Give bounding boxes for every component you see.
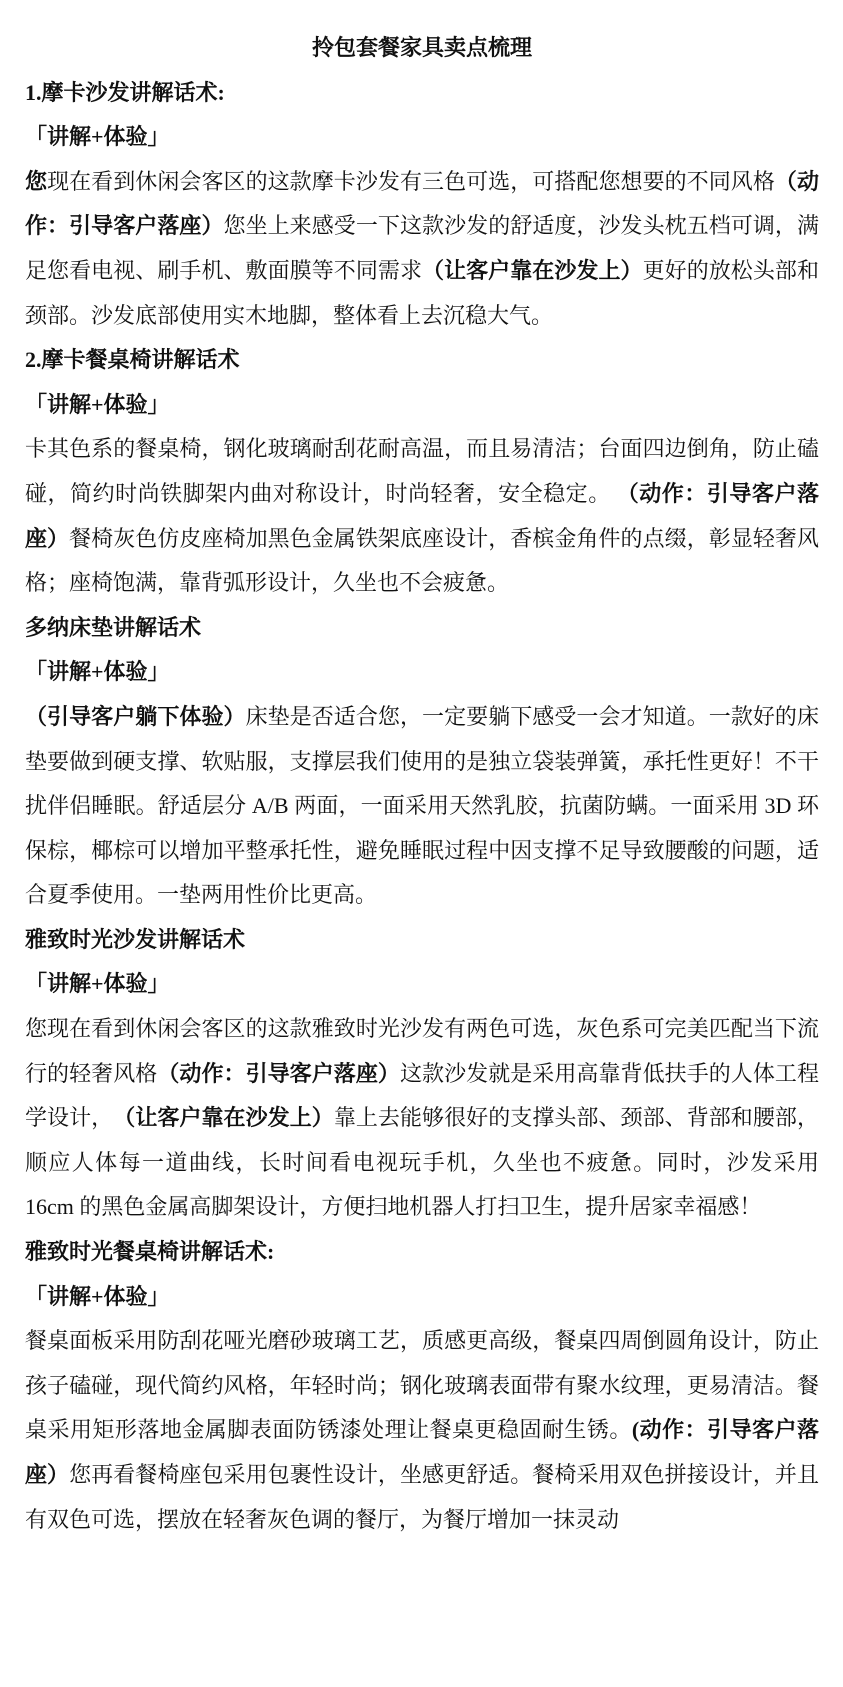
text-run: 1.摩卡沙发讲解话术: <box>25 80 225 105</box>
text-run: 「讲解+体验」 <box>25 1284 170 1309</box>
subheading: 「讲解+体验」 <box>25 383 819 428</box>
subheading: 「讲解+体验」 <box>25 650 819 695</box>
text-run: 餐椅灰色仿皮座椅加黑色金属铁架底座设计，香槟金角件的点缀，彰显轻奢风格；座椅饱满… <box>25 526 819 596</box>
paragraph: 卡其色系的餐桌椅，钢化玻璃耐刮花耐高温，而且易清洁；台面四边倒角，防止磕碰，简约… <box>25 427 819 605</box>
text-run: 您再看餐椅座包采用包裹性设计，坐感更舒适。餐椅采用双色拼接设计，并且有双色可选，… <box>25 1462 819 1532</box>
text-run: 床垫是否适合您，一定要躺下感受一会才知道。一款好的床垫要做到硬支撑、软贴服，支撑… <box>25 704 819 907</box>
text-run: 多纳床垫讲解话术 <box>25 615 201 640</box>
heading: 雅致时光餐桌椅讲解话术: <box>25 1230 819 1275</box>
text-run: 2.摩卡餐桌椅讲解话术 <box>25 347 240 372</box>
subheading: 「讲解+体验」 <box>25 1275 819 1320</box>
text-run: 「讲解+体验」 <box>25 392 170 417</box>
subheading: 「讲解+体验」 <box>25 962 819 1007</box>
document-title: 拎包套餐家具卖点梳理 <box>25 26 819 71</box>
document-page: 拎包套餐家具卖点梳理 1.摩卡沙发讲解话术:「讲解+体验」您现在看到休闲会客区的… <box>0 0 843 1687</box>
text-run: 「讲解+体验」 <box>25 124 170 149</box>
heading: 多纳床垫讲解话术 <box>25 606 819 651</box>
text-run: （让客户靠在沙发上） <box>422 258 643 283</box>
document-body: 1.摩卡沙发讲解话术:「讲解+体验」您现在看到休闲会客区的这款摩卡沙发有三色可选… <box>25 71 819 1543</box>
text-run: （让客户靠在沙发上） <box>124 1105 334 1130</box>
text-run: 「讲解+体验」 <box>25 659 170 684</box>
paragraph: 您现在看到休闲会客区的这款摩卡沙发有三色可选，可搭配您想要的不同风格（动作：引导… <box>25 160 819 338</box>
paragraph: 餐桌面板采用防刮花哑光磨砂玻璃工艺，质感更高级，餐桌四周倒圆角设计，防止孩子磕碰… <box>25 1319 819 1542</box>
heading: 雅致时光沙发讲解话术 <box>25 918 819 963</box>
heading: 2.摩卡餐桌椅讲解话术 <box>25 338 819 383</box>
text-run: 现在看到休闲会客区的这款摩卡沙发有三色可选，可搭配您想要的不同风格 <box>47 169 775 194</box>
text-run: （引导客户躺下体验） <box>25 704 246 729</box>
text-run: 您 <box>25 169 47 194</box>
paragraph: （引导客户躺下体验）床垫是否适合您，一定要躺下感受一会才知道。一款好的床垫要做到… <box>25 695 819 918</box>
paragraph: 您现在看到休闲会客区的这款雅致时光沙发有两色可选，灰色系可完美匹配当下流行的轻奢… <box>25 1007 819 1230</box>
subheading: 「讲解+体验」 <box>25 115 819 160</box>
heading: 1.摩卡沙发讲解话术: <box>25 71 819 116</box>
text-run: 雅致时光沙发讲解话术 <box>25 927 245 952</box>
text-run: 「讲解+体验」 <box>25 971 170 996</box>
text-run: 雅致时光餐桌椅讲解话术: <box>25 1239 274 1264</box>
text-run: （动作：引导客户落座） <box>157 1061 400 1086</box>
